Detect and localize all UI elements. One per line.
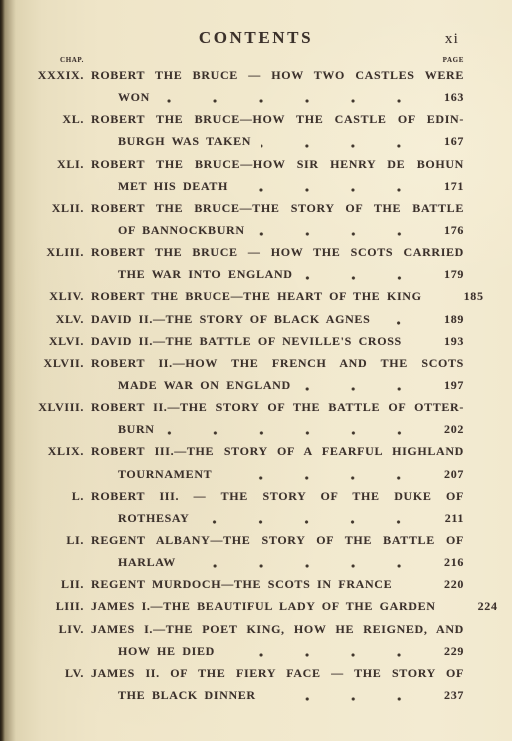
entry-page-number: 167 (430, 130, 464, 152)
dot-leader (199, 513, 422, 525)
entry-page-number: 229 (430, 640, 464, 662)
chapter-numeral: XLIX. (20, 440, 84, 462)
entry-title-line2: MADE WAR ON ENGLAND (118, 374, 291, 396)
entry-title-line2: MET HIS DEATH (118, 175, 228, 197)
dot-leader (266, 690, 422, 702)
chapter-numeral: LIV. (20, 618, 84, 640)
toc-entry-line1: LV. JAMES II. OF THE FIERY FACE — THE ST… (20, 662, 464, 684)
entry-page-number: 202 (430, 418, 464, 440)
toc-entry-line2: TOURNAMENT 207 (20, 463, 464, 485)
entry-title-line1: REGENT MURDOCH—THE SCOTS IN FRANCE (91, 573, 392, 595)
toc-entry-line2: MADE WAR ON ENGLAND 197 (20, 374, 464, 396)
chapter-numeral: LI. (20, 529, 84, 551)
entry-title-line1: REGENT ALBANY—THE STORY OF THE BATTLE OF (91, 529, 464, 551)
entry-title-line2: OF BANNOCKBURN (118, 219, 245, 241)
entry-page-number: 216 (430, 551, 464, 573)
toc-entry: XLVIII. ROBERT II.—THE STORY OF THE BATT… (20, 396, 464, 440)
chapter-numeral: XLVIII. (20, 396, 84, 418)
toc-entry: L. ROBERT III. — THE STORY OF THE DUKE O… (20, 485, 464, 529)
toc-entry: XLVI. DAVID II.—THE BATTLE OF NEVILLE'S … (20, 330, 464, 352)
toc-entry: XLII. ROBERT THE BRUCE—THE STORY OF THE … (20, 197, 464, 241)
chapter-numeral: XLVI. (20, 330, 84, 352)
toc-entry: LV. JAMES II. OF THE FIERY FACE — THE ST… (20, 662, 464, 706)
toc-entry-line2: ROTHESAY 211 (20, 507, 464, 529)
toc-entry-line1: XLIV. ROBERT THE BRUCE—THE HEART OF THE … (20, 285, 464, 307)
dot-leader (402, 579, 422, 591)
toc-entry: XLIII. ROBERT THE BRUCE — HOW THE SCOTS … (20, 241, 464, 285)
entry-title-line1: JAMES I.—THE BEAUTIFUL LADY OF THE GARDE… (91, 595, 436, 617)
chapter-numeral: XLI. (20, 153, 84, 175)
toc-entry-line1: XLIII. ROBERT THE BRUCE — HOW THE SCOTS … (20, 241, 464, 263)
toc-entry: LI. REGENT ALBANY—THE STORY OF THE BATTL… (20, 529, 464, 573)
toc-entry: LII. REGENT MURDOCH—THE SCOTS IN FRANCE … (20, 573, 464, 595)
entry-title-line1: JAMES II. OF THE FIERY FACE — THE STORY … (91, 662, 464, 684)
entry-page-number: 171 (430, 175, 464, 197)
toc-entry-line2: BURGH WAS TAKEN 167 (20, 130, 464, 152)
toc-entry-line1: XLVI. DAVID II.—THE BATTLE OF NEVILLE'S … (20, 330, 464, 352)
chapter-numeral: LII. (20, 573, 84, 595)
toc-entry-line2: THE WAR INTO ENGLAND 179 (20, 263, 464, 285)
toc-entry-line2: MET HIS DEATH 171 (20, 175, 464, 197)
dot-leader (432, 292, 442, 304)
dot-leader (301, 380, 422, 392)
entry-title-line2: TOURNAMENT (118, 463, 212, 485)
dot-leader (225, 646, 422, 658)
entry-page-number: 207 (430, 463, 464, 485)
entry-title-line1: ROBERT THE BRUCE—HOW THE CASTLE OF EDIN- (91, 108, 464, 130)
toc-entry: LIII. JAMES I.—THE BEAUTIFUL LADY OF THE… (20, 595, 464, 617)
toc-entry: XLIV. ROBERT THE BRUCE—THE HEART OF THE … (20, 285, 464, 307)
chapter-numeral: XLII. (20, 197, 84, 219)
dot-leader (160, 92, 422, 104)
toc-entry-line1: LIV. JAMES I.—THE POET KING, HOW HE REIG… (20, 618, 464, 640)
toc-entry-line1: LI. REGENT ALBANY—THE STORY OF THE BATTL… (20, 529, 464, 551)
toc-entry: XL. ROBERT THE BRUCE—HOW THE CASTLE OF E… (20, 108, 464, 152)
folio-number: xi (445, 31, 459, 48)
entry-title-line1: ROBERT THE BRUCE—HOW SIR HENRY DE BOHUN (91, 153, 464, 175)
page-column-label: PAGE (443, 56, 464, 64)
entry-title-line1: ROBERT THE BRUCE — HOW TWO CASTLES WERE (91, 64, 464, 86)
entry-page-number: 189 (430, 308, 464, 330)
dot-leader (238, 181, 422, 193)
toc-entry-line2: BURN 202 (20, 418, 464, 440)
entry-title-line2: HOW HE DIED (118, 640, 215, 662)
toc-entry-line1: XLVII. ROBERT II.—HOW THE FRENCH AND THE… (20, 352, 464, 374)
toc-entry-line1: LIII. JAMES I.—THE BEAUTIFUL LADY OF THE… (20, 595, 464, 617)
entry-page-number: 193 (430, 330, 464, 352)
entry-title-line1: ROBERT II.—THE STORY OF THE BATTLE OF OT… (91, 396, 464, 418)
entry-title-line2: BURGH WAS TAKEN (118, 130, 251, 152)
chapter-numeral: L. (20, 485, 84, 507)
toc-entry-line1: XLII. ROBERT THE BRUCE—THE STORY OF THE … (20, 197, 464, 219)
entry-title-line1: JAMES I.—THE POET KING, HOW HE REIGNED, … (91, 618, 464, 640)
dot-leader (261, 137, 422, 149)
book-page: CONTENTS xi CHAP. PAGE XXXIX. ROBERT THE… (0, 0, 512, 741)
toc-entry-line1: XL. ROBERT THE BRUCE—HOW THE CASTLE OF E… (20, 108, 464, 130)
entry-title-line1: ROBERT THE BRUCE—THE HEART OF THE KING (91, 285, 422, 307)
toc-entry: XLI. ROBERT THE BRUCE—HOW SIR HENRY DE B… (20, 153, 464, 197)
entry-title-line2: THE WAR INTO ENGLAND (118, 263, 293, 285)
entry-title-line1: ROBERT III.—THE STORY OF A FEARFUL HIGHL… (91, 440, 464, 462)
dot-leader (412, 336, 422, 348)
entry-title-line1: ROBERT THE BRUCE — HOW THE SCOTS CARRIED (91, 241, 464, 263)
entry-title-line1: ROBERT II.—HOW THE FRENCH AND THE SCOTS (91, 352, 464, 374)
column-labels: CHAP. PAGE (20, 56, 464, 64)
dot-leader (165, 424, 422, 436)
chapter-numeral: XLV. (20, 308, 84, 330)
chapter-column-label: CHAP. (20, 56, 84, 64)
toc-entry-line2: WON 163 (20, 86, 464, 108)
entry-page-number: 220 (430, 573, 464, 595)
toc-entry-line2: HOW HE DIED 229 (20, 640, 464, 662)
chapter-numeral: XLVII. (20, 352, 84, 374)
entry-title-line2: THE BLACK DINNER (118, 684, 256, 706)
dot-leader (303, 269, 422, 281)
entry-title-line2: HARLAW (118, 551, 176, 573)
dot-leader (186, 557, 422, 569)
toc-entry-line1: XXXIX. ROBERT THE BRUCE — HOW TWO CASTLE… (20, 64, 464, 86)
toc-entry: XLV. DAVID II.—THE STORY OF BLACK AGNES … (20, 308, 464, 330)
entry-title-line1: ROBERT III. — THE STORY OF THE DUKE OF (91, 485, 464, 507)
toc-entry: XLVII. ROBERT II.—HOW THE FRENCH AND THE… (20, 352, 464, 396)
entry-title-line1: DAVID II.—THE BATTLE OF NEVILLE'S CROSS (91, 330, 402, 352)
page-title: CONTENTS (0, 28, 512, 48)
toc-entry-line1: XLVIII. ROBERT II.—THE STORY OF THE BATT… (20, 396, 464, 418)
toc-entry-line2: THE BLACK DINNER 237 (20, 684, 464, 706)
entry-title-line2: ROTHESAY (118, 507, 189, 529)
chapter-numeral: XLIII. (20, 241, 84, 263)
chapter-numeral: XXXIX. (20, 64, 84, 86)
dot-leader (446, 602, 456, 614)
entry-title-line2: WON (118, 86, 150, 108)
entry-page-number: 237 (430, 684, 464, 706)
dot-leader (222, 469, 422, 481)
toc-entry: XXXIX. ROBERT THE BRUCE — HOW TWO CASTLE… (20, 64, 464, 108)
toc-entry-line2: HARLAW 216 (20, 551, 464, 573)
chapter-numeral: XLIV. (20, 285, 84, 307)
toc-entry-line1: XLI. ROBERT THE BRUCE—HOW SIR HENRY DE B… (20, 153, 464, 175)
toc-entry-line1: L. ROBERT III. — THE STORY OF THE DUKE O… (20, 485, 464, 507)
entry-page-number: 211 (430, 507, 464, 529)
entry-page-number: 197 (430, 374, 464, 396)
entry-page-number: 224 (464, 595, 498, 617)
entry-page-number: 185 (450, 285, 484, 307)
entry-title-line1: DAVID II.—THE STORY OF BLACK AGNES (91, 308, 370, 330)
toc-entry: XLIX. ROBERT III.—THE STORY OF A FEARFUL… (20, 440, 464, 484)
toc-entry-line2: OF BANNOCKBURN 176 (20, 219, 464, 241)
toc-list: XXXIX. ROBERT THE BRUCE — HOW TWO CASTLE… (20, 64, 464, 706)
entry-page-number: 179 (430, 263, 464, 285)
toc-entry-line1: XLIX. ROBERT III.—THE STORY OF A FEARFUL… (20, 440, 464, 462)
chapter-numeral: LV. (20, 662, 84, 684)
toc-entry-line1: XLV. DAVID II.—THE STORY OF BLACK AGNES … (20, 308, 464, 330)
dot-leader (380, 314, 422, 326)
chapter-numeral: LIII. (20, 595, 84, 617)
dot-leader (255, 225, 422, 237)
entry-page-number: 176 (430, 219, 464, 241)
toc-entry-line1: LII. REGENT MURDOCH—THE SCOTS IN FRANCE … (20, 573, 464, 595)
entry-title-line2: BURN (118, 418, 155, 440)
toc-entry: LIV. JAMES I.—THE POET KING, HOW HE REIG… (20, 618, 464, 662)
entry-title-line1: ROBERT THE BRUCE—THE STORY OF THE BATTLE (91, 197, 464, 219)
chapter-numeral: XL. (20, 108, 84, 130)
entry-page-number: 163 (430, 86, 464, 108)
